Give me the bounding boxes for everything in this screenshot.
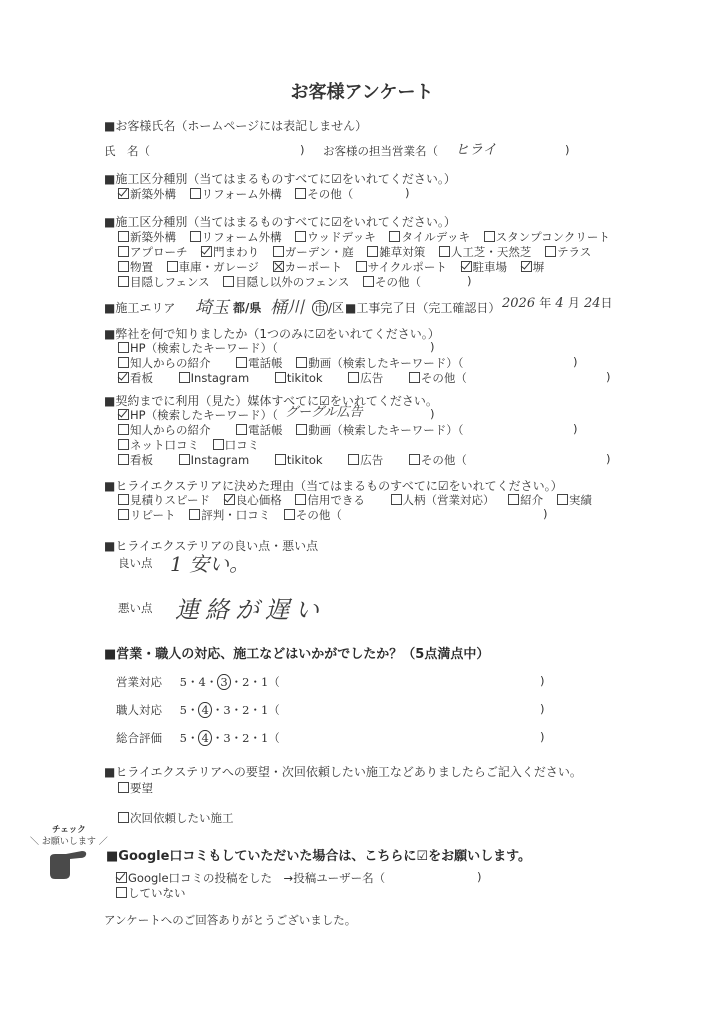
construction-type-2-row-3: 物置 車庫・ガレージ カーポート サイクルポート 駐車場 塀 bbox=[118, 259, 554, 275]
month-value[interactable]: 4 bbox=[555, 296, 563, 311]
checkbox[interactable] bbox=[356, 261, 367, 272]
option-label: その他（ bbox=[421, 453, 467, 467]
checkbox[interactable] bbox=[284, 509, 295, 520]
option-label: 知人からの紹介 bbox=[130, 423, 211, 437]
checkbox[interactable] bbox=[118, 454, 129, 465]
checkbox[interactable] bbox=[275, 454, 286, 465]
paren-close: ) bbox=[430, 407, 435, 421]
rating-row-sales: 営業対応 5・4・3・2・1（ bbox=[116, 674, 280, 690]
how-found-row-1: HP（検索したキーワード）（ bbox=[118, 340, 288, 356]
option-label: tikitok bbox=[287, 371, 323, 385]
option-label: 塀 bbox=[533, 260, 545, 274]
option-label: リピート bbox=[130, 508, 176, 522]
name-label: 氏 名（ bbox=[104, 143, 150, 159]
checkbox-checked[interactable] bbox=[224, 494, 235, 505]
media-used-row-2: 知人からの紹介 電話帳 動画（検索したキーワード）（ bbox=[118, 422, 474, 438]
construction-type-2-heading: 施工区分種別（当てはまるものすべてに☑をいれてください。） bbox=[104, 213, 456, 230]
checkbox[interactable] bbox=[348, 372, 359, 383]
checkbox[interactable] bbox=[275, 372, 286, 383]
checkbox-checked[interactable] bbox=[118, 409, 129, 420]
paren-close: ) bbox=[430, 340, 435, 354]
option-label: アプローチ bbox=[130, 245, 188, 259]
checkbox[interactable] bbox=[295, 231, 306, 242]
option-label: サイクルポート bbox=[368, 260, 447, 274]
option-label: その他（ bbox=[421, 371, 467, 385]
checkbox[interactable] bbox=[118, 812, 129, 823]
rating-label: 総合評価 bbox=[116, 731, 162, 745]
checkbox-checked[interactable] bbox=[273, 261, 284, 272]
checkbox[interactable] bbox=[118, 439, 129, 450]
completion-date: 2026 年 4 月 24日 bbox=[502, 294, 613, 311]
hp-keyword-value[interactable]: グーグル広告 bbox=[285, 401, 363, 420]
media-used-row-3: ネット口コミ 口コミ bbox=[118, 437, 269, 453]
google-heading: Google口コミもしていただいた場合は、こちらに☑をお願いします。 bbox=[106, 845, 531, 864]
rating-scale[interactable]: 5・4・3・2・1（ bbox=[180, 703, 280, 717]
checkbox[interactable] bbox=[118, 276, 129, 287]
city-label: 市/区 bbox=[312, 299, 344, 316]
checkbox[interactable] bbox=[363, 276, 374, 287]
option-other[interactable]: その他（ bbox=[295, 187, 353, 201]
callout-line-2: ＼ お願いします ／ bbox=[30, 834, 108, 847]
checkbox[interactable] bbox=[545, 246, 556, 257]
rating-scale[interactable]: 5・4・3・2・1（ bbox=[180, 731, 280, 745]
option-label: HP（検索したキーワード）（ bbox=[130, 341, 278, 355]
option-label: Google口コミの投稿をした →投稿ユーザー名（ bbox=[128, 871, 385, 885]
sales-value[interactable]: ヒライ bbox=[455, 139, 497, 159]
google-not-posted-option[interactable]: していない bbox=[116, 885, 186, 901]
option-label: 駐車場 bbox=[473, 260, 508, 274]
checkbox[interactable] bbox=[118, 342, 129, 353]
paren-close: ) bbox=[540, 702, 545, 716]
rating-scale[interactable]: 5・4・3・2・1（ bbox=[180, 675, 280, 689]
checkbox[interactable] bbox=[223, 276, 234, 287]
option-label: 門まわり bbox=[213, 245, 259, 259]
media-used-row-1: HP（検索したキーワード）（ bbox=[118, 407, 288, 423]
pointing-hand-icon bbox=[48, 850, 88, 880]
checkbox[interactable] bbox=[296, 357, 307, 368]
checkbox[interactable] bbox=[179, 372, 190, 383]
checkbox[interactable] bbox=[189, 509, 200, 520]
rating-selected[interactable]: 4 bbox=[198, 730, 211, 746]
option-label: 動画（検索したキーワード）（ bbox=[308, 423, 463, 437]
rating-label: 営業対応 bbox=[116, 675, 162, 689]
rating-row-craftsman: 職人対応 5・4・3・2・1（ bbox=[116, 702, 280, 718]
prefecture-value[interactable]: 埼玉 bbox=[195, 293, 229, 318]
checkbox[interactable] bbox=[236, 424, 247, 435]
checkbox[interactable] bbox=[118, 261, 129, 272]
checkbox[interactable] bbox=[179, 454, 190, 465]
option-label: 雑草対策 bbox=[379, 245, 425, 259]
checkbox[interactable] bbox=[213, 439, 224, 450]
checkbox[interactable] bbox=[391, 494, 402, 505]
option-label: 要望 bbox=[130, 781, 153, 795]
rating-selected[interactable]: 3 bbox=[217, 674, 230, 690]
good-value[interactable]: 1 安い。 bbox=[170, 548, 249, 577]
option-new-construction[interactable]: 新築外構 bbox=[118, 187, 176, 201]
option-label: その他（ bbox=[296, 508, 342, 522]
rating-row-overall: 総合評価 5・4・3・2・1（ bbox=[116, 730, 280, 746]
checkbox[interactable] bbox=[118, 231, 129, 242]
option-label: していない bbox=[128, 886, 186, 900]
paren-close: ) bbox=[606, 452, 611, 466]
option-label: 電話帳 bbox=[248, 356, 283, 370]
construction-type-1-options: 新築外構 リフォーム外構 その他（ bbox=[118, 186, 363, 202]
option-label: 口コミ bbox=[225, 438, 260, 452]
rating-label: 職人対応 bbox=[116, 703, 162, 717]
option-label: 評判・口コミ bbox=[201, 508, 270, 522]
day-value[interactable]: 24 bbox=[584, 296, 601, 311]
good-label: 良い点 bbox=[118, 555, 153, 571]
checkbox[interactable] bbox=[295, 188, 306, 199]
checkbox[interactable] bbox=[348, 454, 359, 465]
checkbox[interactable] bbox=[167, 261, 178, 272]
thanks-message: アンケートへのご回答ありがとうございました。 bbox=[104, 912, 356, 928]
checkbox-checked[interactable] bbox=[118, 188, 129, 199]
request-option[interactable]: 要望 bbox=[118, 780, 153, 796]
checkbox[interactable] bbox=[190, 188, 201, 199]
paren-close: ) bbox=[405, 186, 410, 200]
checkbox[interactable] bbox=[118, 494, 129, 505]
option-label: 目隠し以外のフェンス bbox=[235, 275, 349, 289]
option-label: 目隠しフェンス bbox=[130, 275, 210, 289]
option-label: 電話帳 bbox=[248, 423, 283, 437]
option-label: 見積りスピード bbox=[130, 493, 210, 507]
option-label: 広告 bbox=[360, 453, 383, 467]
checkbox[interactable] bbox=[190, 231, 201, 242]
day-label: 日 bbox=[601, 296, 613, 310]
page-title: お客様アンケート bbox=[0, 78, 724, 104]
checkbox-checked[interactable] bbox=[118, 372, 129, 383]
rating-selected[interactable]: 4 bbox=[198, 702, 211, 718]
next-construction-option[interactable]: 次回依頼したい施工 bbox=[118, 810, 234, 826]
option-label: テラス bbox=[557, 245, 591, 259]
customer-heading: お客様氏名（ホームページには表記しません） bbox=[104, 117, 367, 134]
option-label: Instagram bbox=[191, 371, 250, 385]
prefecture-label: 都/県 bbox=[233, 299, 261, 316]
paren-close: ) bbox=[540, 674, 545, 688]
how-found-row-3: 看板 Instagram tikitok 広告 その他（ bbox=[118, 370, 477, 386]
option-label: ネット口コミ bbox=[130, 438, 199, 452]
paren-close: ) bbox=[573, 355, 578, 369]
option-label: 看板 bbox=[130, 371, 153, 385]
google-posted-option[interactable]: Google口コミの投稿をした →投稿ユーザー名（ bbox=[116, 870, 385, 886]
paren-close: ) bbox=[573, 422, 578, 436]
completion-heading: 工事完了日（完工確認日） bbox=[345, 299, 500, 316]
area-heading: 施工エリア bbox=[104, 299, 175, 316]
checkbox[interactable] bbox=[557, 494, 568, 505]
checkbox[interactable] bbox=[118, 782, 129, 793]
bad-value[interactable]: 連絡が遅い bbox=[175, 590, 325, 625]
option-label: カーポート bbox=[285, 260, 343, 274]
option-label: ガーデン・庭 bbox=[285, 245, 354, 259]
checkbox[interactable] bbox=[367, 246, 378, 257]
option-label: 次回依頼したい施工 bbox=[130, 811, 234, 825]
option-label: HP（検索したキーワード）（ bbox=[130, 408, 278, 422]
option-label: ウッドデッキ bbox=[307, 230, 376, 244]
paren-close: ) bbox=[543, 507, 548, 521]
construction-type-2-row-2: アプローチ 門まわり ガーデン・庭 雑草対策 人工芝・天然芝 テラス bbox=[118, 244, 601, 260]
construction-type-2-row-4: 目隠しフェンス 目隠し以外のフェンス その他（ bbox=[118, 274, 431, 290]
option-label: 車庫・ガレージ bbox=[179, 260, 259, 274]
how-found-row-2: 知人からの紹介 電話帳 動画（検索したキーワード）（ bbox=[118, 355, 474, 371]
paren-close: ) bbox=[477, 870, 482, 884]
option-label: 看板 bbox=[130, 453, 153, 467]
bad-label: 悪い点 bbox=[118, 600, 153, 616]
city-circled: 市 bbox=[312, 300, 328, 316]
sales-label: お客様の担当営業名（ bbox=[323, 143, 438, 159]
option-label: 物置 bbox=[130, 260, 153, 274]
construction-type-1-heading: 施工区分種別（当てはまるものすべてに☑をいれてください。） bbox=[104, 170, 456, 187]
checkbox[interactable] bbox=[439, 246, 450, 257]
option-label: 良心価格 bbox=[236, 493, 282, 507]
checkbox[interactable] bbox=[389, 231, 400, 242]
checkbox[interactable] bbox=[484, 231, 495, 242]
construction-type-2-row-1: 新築外構 リフォーム外構 ウッドデッキ タイルデッキ スタンプコンクリート bbox=[118, 229, 620, 245]
paren-close: ) bbox=[565, 143, 570, 157]
paren-close: ) bbox=[606, 370, 611, 384]
option-label: スタンプコンクリート bbox=[496, 230, 610, 244]
option-label: Instagram bbox=[191, 453, 250, 467]
checkbox-checked[interactable] bbox=[461, 261, 472, 272]
paren-close: ) bbox=[300, 143, 305, 157]
checkbox[interactable] bbox=[118, 509, 129, 520]
month-label: 月 bbox=[568, 296, 580, 310]
reason-row-1: 見積りスピード 良心価格 信用できる 人柄（営業対応） 紹介 実績 bbox=[118, 492, 602, 508]
checkbox[interactable] bbox=[409, 454, 420, 465]
year-label: 年 bbox=[539, 296, 551, 310]
option-label: その他（ bbox=[375, 275, 421, 289]
checkbox-checked[interactable] bbox=[201, 246, 212, 257]
option-label: 人工芝・天然芝 bbox=[451, 245, 532, 259]
option-label: 人柄（営業対応） bbox=[403, 493, 495, 507]
option-label: 新築外構 bbox=[130, 230, 176, 244]
paren-close: ) bbox=[540, 730, 545, 744]
checkbox[interactable] bbox=[118, 424, 129, 435]
paren-close: ) bbox=[467, 274, 472, 288]
option-label: 紹介 bbox=[520, 493, 543, 507]
option-label: 知人からの紹介 bbox=[130, 356, 211, 370]
checkbox[interactable] bbox=[508, 494, 519, 505]
media-used-row-4: 看板 Instagram tikitok 広告 その他（ bbox=[118, 452, 477, 468]
checkbox[interactable] bbox=[296, 424, 307, 435]
year-value[interactable]: 2026 bbox=[502, 296, 535, 311]
checkbox[interactable] bbox=[295, 494, 306, 505]
checkbox[interactable] bbox=[236, 357, 247, 368]
checkbox[interactable] bbox=[116, 887, 127, 898]
option-label: リフォーム外構 bbox=[202, 230, 282, 244]
reason-row-2: リピート 評判・口コミ その他（ bbox=[118, 507, 352, 523]
option-label: 実績 bbox=[569, 493, 592, 507]
city-value[interactable]: 桶川 bbox=[270, 293, 304, 318]
option-label: 広告 bbox=[360, 371, 383, 385]
checkbox-checked[interactable] bbox=[521, 261, 532, 272]
checkbox[interactable] bbox=[118, 357, 129, 368]
option-label: タイルデッキ bbox=[401, 230, 470, 244]
option-label: 信用できる bbox=[307, 493, 365, 507]
option-label: 動画（検索したキーワード）（ bbox=[308, 356, 463, 370]
checkbox[interactable] bbox=[273, 246, 284, 257]
requests-heading: ヒライエクステリアへの要望・次回依頼したい施工などありましたらご記入ください。 bbox=[104, 763, 582, 780]
rating-heading: 営業・職人の対応、施工などはいかがでしたか？（5点満点中） bbox=[104, 643, 489, 662]
option-reform[interactable]: リフォーム外構 bbox=[190, 187, 282, 201]
checkbox-checked[interactable] bbox=[116, 872, 127, 883]
checkbox[interactable] bbox=[118, 246, 129, 257]
option-label: tikitok bbox=[287, 453, 323, 467]
checkbox[interactable] bbox=[409, 372, 420, 383]
